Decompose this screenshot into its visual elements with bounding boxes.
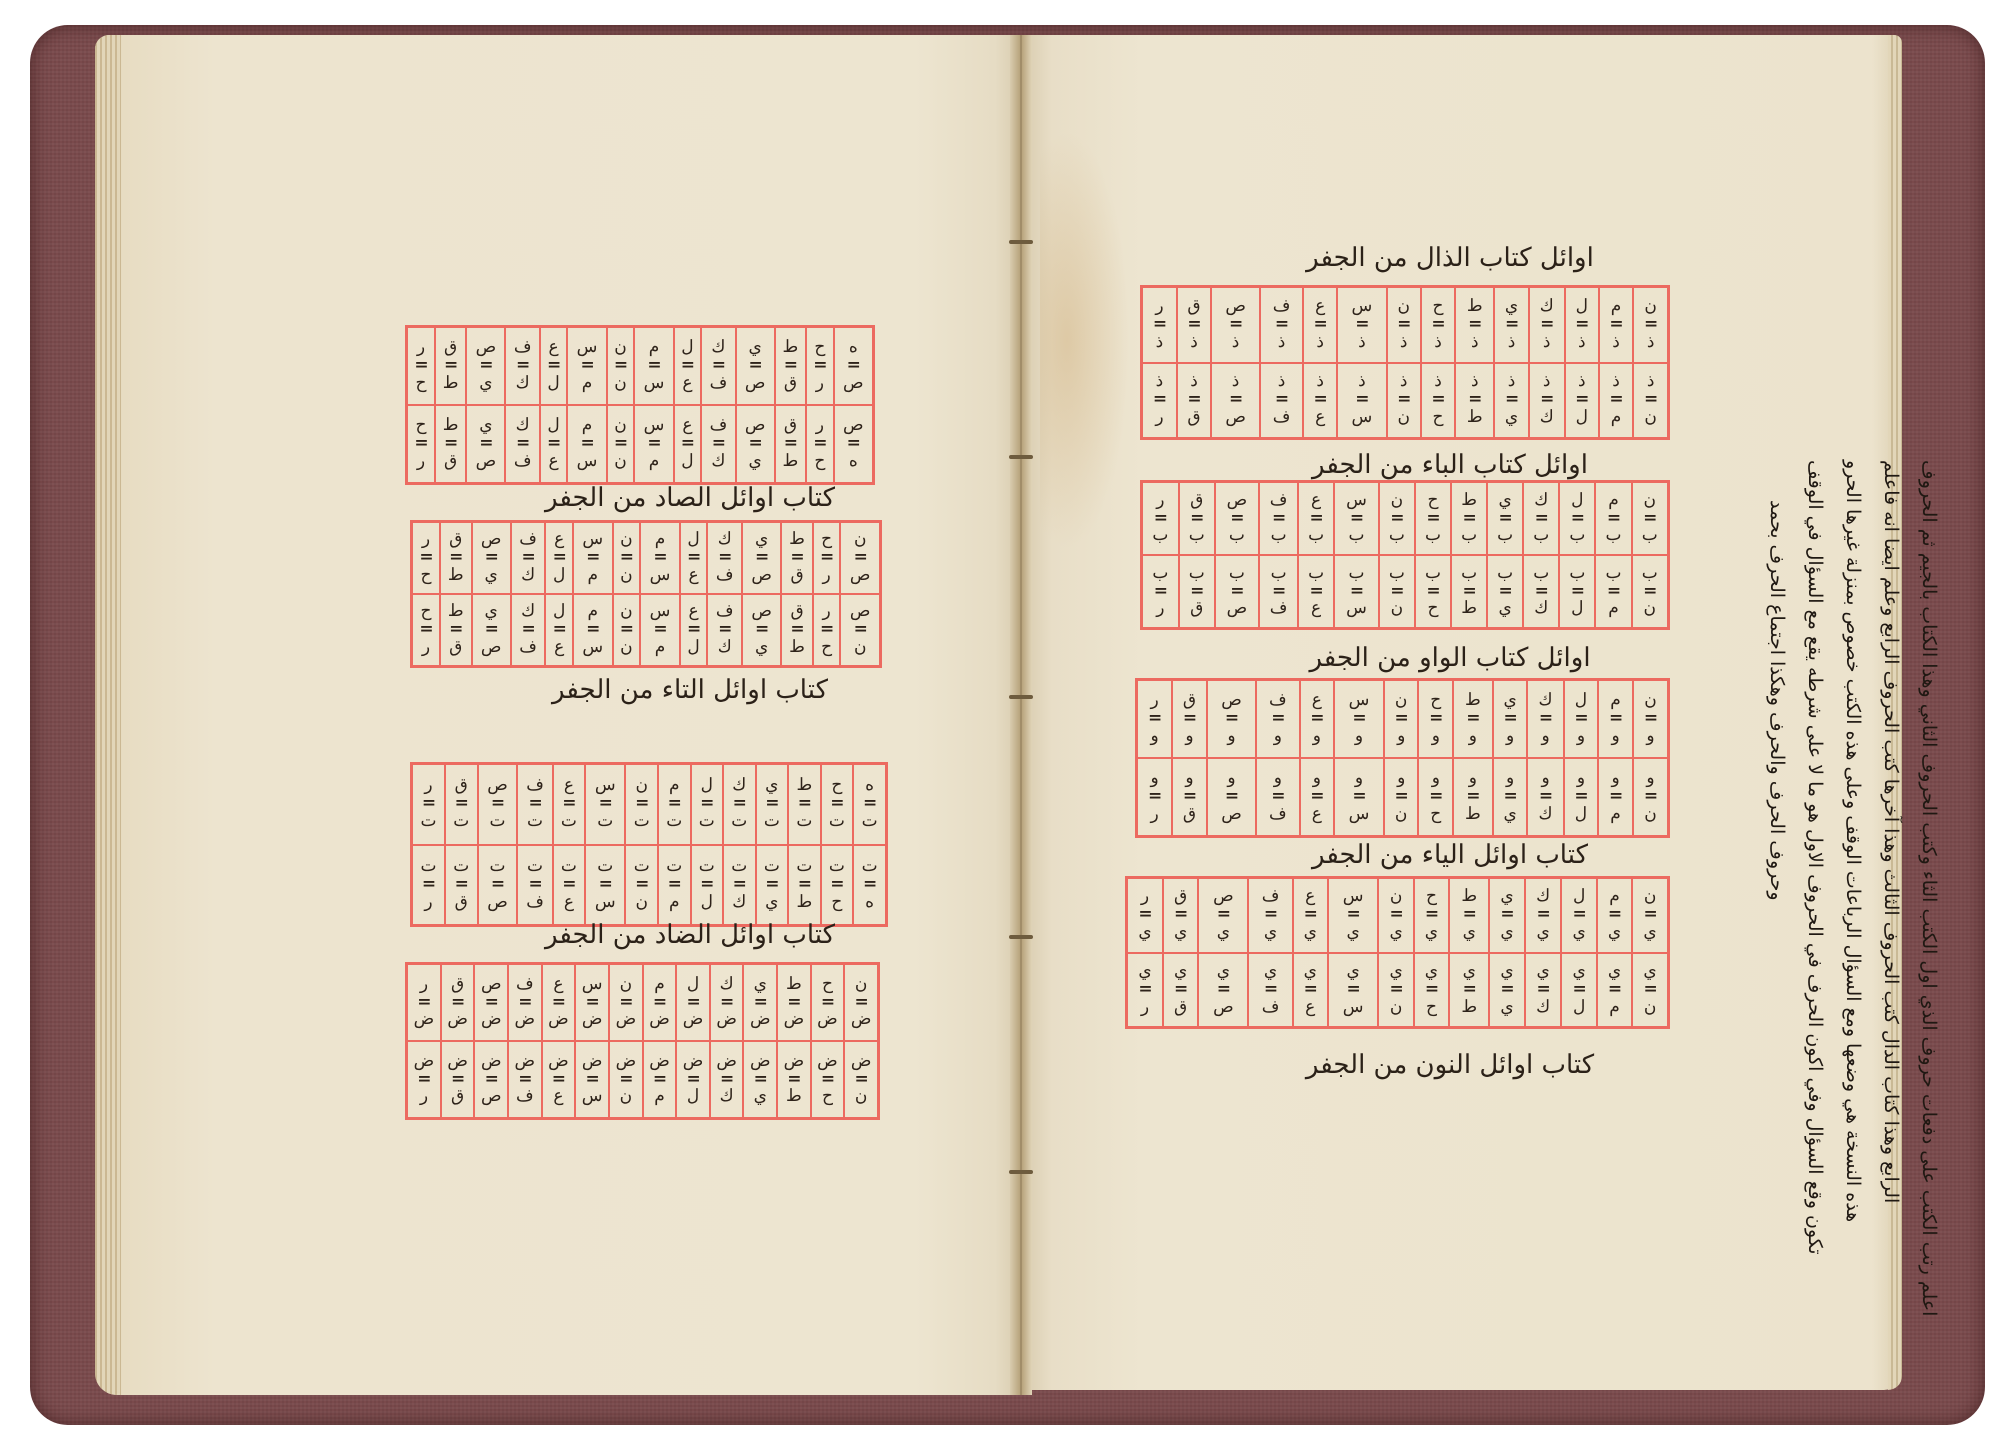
- grid-cell: ق=ب: [1179, 482, 1215, 556]
- grid-row: ذ=نذ=مذ=لذ=كذ=يذ=طذ=حذ=نذ=سذ=عذ=فذ=صذ=قذ…: [1142, 363, 1669, 439]
- grid-cell: ي=ط: [1449, 953, 1489, 1028]
- margin-note-line: تكون وقع السؤال وفي اكون الحرف في الحروف…: [1804, 460, 1826, 1255]
- grid-cell: س=ب: [1334, 482, 1379, 556]
- grid-cell: ب=ع: [1298, 555, 1334, 629]
- grid-cell: ن=ن: [607, 405, 634, 484]
- grid-row: ب=نب=مب=لب=كب=يب=طب=حب=نب=سب=عب=فب=صب=قب…: [1142, 555, 1669, 629]
- margin-note-line: وحروف الحرف والحرف وهكذا اجتماع الحرف بح…: [1766, 500, 1788, 901]
- grid-cell: ن=ي: [1378, 878, 1413, 953]
- grid-cell: ن=ت: [625, 764, 658, 845]
- grid-cell: ي=ع: [1293, 953, 1328, 1028]
- grid-cell: ف=ض: [508, 964, 542, 1042]
- grid-cell: ص=ب: [1215, 482, 1259, 556]
- grid-cell: ن=ذ: [1387, 287, 1421, 363]
- grid-cell: ي=ي: [1489, 953, 1524, 1028]
- grid-cell: ل=ع: [545, 594, 573, 667]
- binding-stitch: [1009, 695, 1033, 699]
- grid-cell: ع=ل: [674, 405, 701, 484]
- grid-cell: ذ=ق: [1177, 363, 1211, 439]
- grid-cell: ع=ل: [680, 594, 708, 667]
- grid-cell: ي=ل: [1561, 953, 1596, 1028]
- grid-cell: ض=ح: [811, 1041, 845, 1119]
- grid-cell: ف=ي: [1248, 878, 1292, 953]
- grid-cell: ط=و: [1453, 680, 1493, 759]
- grid-row: ن=صح=رط=قي=صك=فل=عم=سن=نس=مع=لف=كص=يق=طر…: [412, 522, 881, 595]
- jafr-grid: ن=ضح=ضط=ضي=ضك=ضل=ضم=ضن=ضس=ضع=ضف=ضص=ضق=ضر…: [405, 962, 880, 1120]
- grid-cell: ت=ر: [412, 845, 446, 926]
- grid-cell: ل=ب: [1559, 482, 1595, 556]
- jafr-grid: ه=صح=رط=قي=صك=فل=عم=سن=نس=مع=لف=كص=يق=طر…: [405, 325, 875, 485]
- grid-cell: ط=ي: [1449, 878, 1489, 953]
- grid-cell: ي=ض: [743, 964, 777, 1042]
- grid-cell: ب=ن: [1379, 555, 1415, 629]
- jafr-grid: ن=يم=يل=يك=يي=يط=يح=ين=يس=يع=يف=يص=يق=ير…: [1125, 876, 1670, 1029]
- grid-cell: ك=ف: [701, 327, 735, 406]
- grid-cell: ذ=ن: [1633, 363, 1668, 439]
- grid-cell: ض=ن: [844, 1041, 878, 1119]
- grid-cell: ي=ص: [742, 522, 781, 595]
- grid-cell: ت=م: [658, 845, 691, 926]
- grid-cell: م=ذ: [1599, 287, 1633, 363]
- grid-cell: ن=و: [1384, 680, 1419, 759]
- grid-cell: ص=ي: [1198, 878, 1248, 953]
- grid-cell: ل=ع: [540, 405, 567, 484]
- grid-cell: ن=ن: [607, 327, 634, 406]
- grid-cell: ن=ب: [1379, 482, 1415, 556]
- grid-cell: ي=ف: [1248, 953, 1292, 1028]
- grid-cell: ب=ف: [1259, 555, 1298, 629]
- grid-cell: ف=ب: [1259, 482, 1298, 556]
- grid-cell: ل=ع: [680, 522, 708, 595]
- grid-cell: ت=ص: [478, 845, 518, 926]
- grid-cell: س=م: [567, 327, 606, 406]
- grid-cell: ل=ت: [691, 764, 724, 845]
- table-heading: كتاب اوائل الصاد من الجفر: [490, 483, 890, 513]
- grid-cell: ض=س: [575, 1041, 609, 1119]
- grid-cell: ل=ذ: [1565, 287, 1599, 363]
- jafr-grid: ن=ذم=ذل=ذك=ذي=ذط=ذح=ذن=ذس=ذع=ذف=ذص=ذق=ذر…: [1140, 285, 1670, 440]
- grid-cell: ن=ض: [844, 964, 878, 1042]
- table-heading: اوائل كتاب الباء من الجفر: [1250, 450, 1650, 480]
- grid-cell: ك=ب: [1523, 482, 1559, 556]
- grid-cell: ب=س: [1334, 555, 1379, 629]
- grid-cell: و=ف: [1256, 758, 1299, 837]
- grid-cell: ر=ي: [1127, 878, 1163, 953]
- grid-cell: ح=ذ: [1421, 287, 1455, 363]
- grid-row: ص=هر=حق=طص=يف=كع=لس=من=نم=سل=عك=في=صط=قح…: [407, 405, 874, 484]
- grid-cell: ب=م: [1595, 555, 1631, 629]
- grid-cell: ت=ط: [788, 845, 821, 926]
- grid-cell: ض=ق: [441, 1041, 475, 1119]
- grid-cell: ن=ص: [840, 522, 880, 595]
- jafr-grid: ن=وم=ول=وك=وي=وط=وح=ون=وس=وع=وف=وص=وق=ور…: [1135, 678, 1670, 838]
- grid-cell: ب=ط: [1451, 555, 1487, 629]
- grid-cell: ي=ي: [1489, 878, 1524, 953]
- grid-cell: ح=و: [1418, 680, 1453, 759]
- binding-stitch: [1009, 240, 1033, 244]
- grid-row: ن=بم=بل=بك=بي=بط=بح=بن=بس=بع=بف=بص=بق=بر…: [1142, 482, 1669, 556]
- grid-cell: ض=ص: [474, 1041, 508, 1119]
- grid-cell: ف=و: [1256, 680, 1299, 759]
- grid-cell: ذ=م: [1599, 363, 1633, 439]
- grid-cell: ح=ر: [412, 594, 440, 667]
- jafr-grid: ن=صح=رط=قي=صك=فل=عم=سن=نس=مع=لف=كص=يق=طر…: [410, 520, 882, 668]
- grid-cell: ر=و: [1137, 680, 1173, 759]
- grid-cell: و=ح: [1418, 758, 1453, 837]
- grid-cell: ق=ت: [445, 764, 478, 845]
- grid-cell: و=س: [1334, 758, 1384, 837]
- grid-cell: ض=ي: [743, 1041, 777, 1119]
- grid-cell: س=ت: [585, 764, 625, 845]
- grid-cell: ع=ب: [1298, 482, 1334, 556]
- grid-cell: ح=ي: [1414, 878, 1449, 953]
- grid-cell: ت=ه: [853, 845, 886, 926]
- grid-cell: ض=ن: [609, 1041, 643, 1119]
- binding-stitch: [1009, 1170, 1033, 1174]
- grid-cell: ك=ي: [1525, 878, 1562, 953]
- grid-row: ي=ني=مي=لي=كي=يي=طي=حي=ني=سي=عي=في=صي=قي…: [1127, 953, 1669, 1028]
- grid-cell: ت=ي: [756, 845, 789, 926]
- grid-cell: ك=ف: [511, 594, 546, 667]
- grid-cell: ذ=ن: [1387, 363, 1421, 439]
- grid-cell: ق=ذ: [1177, 287, 1211, 363]
- grid-cell: ك=ذ: [1529, 287, 1565, 363]
- jafr-grid: ن=بم=بل=بك=بي=بط=بح=بن=بس=بع=بف=بص=بق=بر…: [1140, 480, 1670, 630]
- grid-cell: ه=ص: [834, 327, 874, 406]
- grid-cell: و=م: [1598, 758, 1633, 837]
- grid-cell: ر=ح: [813, 594, 841, 667]
- table-heading: كتاب اوائل التاء من الجفر: [490, 675, 890, 705]
- grid-cell: ض=ك: [710, 1041, 744, 1119]
- grid-cell: ب=ق: [1179, 555, 1215, 629]
- grid-cell: ط=ق: [775, 327, 806, 406]
- grid-cell: ي=م: [1597, 953, 1632, 1028]
- grid-cell: ع=ذ: [1303, 287, 1337, 363]
- grid-cell: ن=ن: [613, 594, 641, 667]
- grid-cell: ي=ت: [756, 764, 789, 845]
- grid-cell: ف=ك: [701, 405, 735, 484]
- grid-cell: ن=ض: [609, 964, 643, 1042]
- grid-cell: ب=ر: [1142, 555, 1179, 629]
- grid-cell: ت=ق: [445, 845, 478, 926]
- grid-cell: ي=ك: [1525, 953, 1562, 1028]
- grid-cell: م=س: [573, 594, 613, 667]
- table-heading: اوائل كتاب الذال من الجفر: [1250, 243, 1650, 273]
- grid-cell: ي=ذ: [1494, 287, 1528, 363]
- grid-row: ن=ضح=ضط=ضي=ضك=ضل=ضم=ضن=ضس=ضع=ضف=ضص=ضق=ضر…: [407, 964, 879, 1042]
- grid-row: و=نو=مو=لو=كو=يو=طو=حو=نو=سو=عو=فو=صو=قو…: [1137, 758, 1669, 837]
- grid-cell: س=ض: [575, 964, 609, 1042]
- grid-cell: ع=ض: [542, 964, 576, 1042]
- grid-cell: ب=ح: [1415, 555, 1451, 629]
- grid-cell: ط=ت: [788, 764, 821, 845]
- grid-cell: و=ل: [1564, 758, 1599, 837]
- grid-cell: ذ=س: [1337, 363, 1386, 439]
- grid-cell: ل=ع: [674, 327, 701, 406]
- grid-cell: ر=ت: [412, 764, 446, 845]
- grid-cell: ي=ب: [1487, 482, 1523, 556]
- grid-cell: ح=ر: [407, 405, 435, 484]
- grid-cell: م=ب: [1595, 482, 1631, 556]
- grid-cell: س=و: [1334, 680, 1384, 759]
- grid-cell: ر=ح: [412, 522, 440, 595]
- grid-cell: ي=ق: [1163, 953, 1198, 1028]
- grid-cell: ص=ه: [834, 405, 874, 484]
- grid-cell: ق=ي: [1163, 878, 1198, 953]
- grid-cell: ط=ب: [1451, 482, 1487, 556]
- grid-cell: و=ع: [1300, 758, 1335, 837]
- grid-cell: و=ي: [1493, 758, 1528, 837]
- grid-cell: م=س: [640, 522, 680, 595]
- grid-cell: ح=ض: [811, 964, 845, 1042]
- grid-cell: ع=ي: [1293, 878, 1328, 953]
- grid-cell: و=ن: [1384, 758, 1419, 837]
- grid-cell: ق=ط: [435, 327, 466, 406]
- grid-cell: ب=ل: [1559, 555, 1595, 629]
- grid-cell: ف=ت: [517, 764, 552, 845]
- grid-cell: ي=ن: [1378, 953, 1413, 1028]
- grid-cell: ع=ت: [553, 764, 586, 845]
- grid-cell: ت=ف: [517, 845, 552, 926]
- grid-cell: ن=ن: [613, 522, 641, 595]
- grid-cell: ط=ض: [777, 964, 811, 1042]
- grid-cell: ص=ض: [474, 964, 508, 1042]
- grid-cell: ص=ن: [840, 594, 880, 667]
- grid-cell: ه=ت: [853, 764, 886, 845]
- grid-cell: ض=ع: [542, 1041, 576, 1119]
- grid-cell: ح=ر: [813, 522, 841, 595]
- grid-cell: ض=ط: [777, 1041, 811, 1119]
- grid-cell: ذ=ف: [1260, 363, 1303, 439]
- grid-cell: ذ=ر: [1142, 363, 1177, 439]
- footer-heading: كتاب اوائل النون من الجفر: [1250, 1050, 1650, 1080]
- grid-cell: ذ=ك: [1529, 363, 1565, 439]
- grid-cell: ع=ل: [540, 327, 567, 406]
- grid-cell: ض=ل: [676, 1041, 710, 1119]
- grid-cell: ت=ع: [553, 845, 586, 926]
- grid-cell: ح=ت: [821, 764, 854, 845]
- grid-cell: ل=ض: [676, 964, 710, 1042]
- grid-cell: ي=ح: [1414, 953, 1449, 1028]
- grid-cell: ي=ص: [736, 327, 775, 406]
- grid-cell: ص=ي: [472, 522, 511, 595]
- grid-cell: س=م: [573, 522, 613, 595]
- grid-cell: ذ=ط: [1455, 363, 1494, 439]
- margin-note-line: الرابع وهذا كتاب الدال كتب الحروف الثالث…: [1880, 460, 1902, 1203]
- grid-cell: ح=ب: [1415, 482, 1451, 556]
- grid-cell: م=ت: [658, 764, 691, 845]
- grid-cell: ر=ب: [1142, 482, 1179, 556]
- grid-cell: ص=ي: [736, 405, 775, 484]
- grid-row: ه=صح=رط=قي=صك=فل=عم=سن=نس=مع=لف=كص=يق=طر…: [407, 327, 874, 406]
- grid-cell: و=ص: [1207, 758, 1256, 837]
- grid-cell: ذ=ص: [1211, 363, 1260, 439]
- grid-cell: ل=و: [1564, 680, 1599, 759]
- grid-cell: ط=ق: [781, 522, 813, 595]
- grid-cell: ر=ح: [806, 405, 833, 484]
- table-heading: كتاب اوائل الياء من الجفر: [1250, 840, 1650, 870]
- grid-cell: و=ط: [1453, 758, 1493, 837]
- grid-cell: ت=ك: [723, 845, 756, 926]
- grid-cell: ل=ي: [1561, 878, 1596, 953]
- grid-cell: ر=ذ: [1142, 287, 1177, 363]
- grid-cell: ع=و: [1300, 680, 1335, 759]
- grid-cell: ح=ر: [806, 327, 833, 406]
- grid-cell: ق=ض: [441, 964, 475, 1042]
- grid-cell: ق=ط: [775, 405, 806, 484]
- grid-cell: ص=ذ: [1211, 287, 1260, 363]
- grid-cell: ر=ح: [407, 327, 435, 406]
- grid-cell: ذ=ح: [1421, 363, 1455, 439]
- grid-cell: ذ=ل: [1565, 363, 1599, 439]
- grid-row: ن=يم=يل=يك=يي=يط=يح=ين=يس=يع=يف=يص=يق=ير…: [1127, 878, 1669, 953]
- grid-cell: س=ي: [1328, 878, 1379, 953]
- grid-cell: ك=ض: [710, 964, 744, 1042]
- grid-cell: ف=ك: [505, 327, 539, 406]
- grid-cell: ق=ط: [440, 522, 472, 595]
- grid-cell: م=س: [567, 405, 606, 484]
- margin-note: اعلم رتب الكتب على دفعات حروف الذي اول ا…: [1640, 460, 1970, 1150]
- grid-cell: ي=ص: [1198, 953, 1248, 1028]
- grid-cell: س=م: [634, 405, 673, 484]
- binding-stitch: [1009, 455, 1033, 459]
- grid-cell: ن=ذ: [1633, 287, 1668, 363]
- grid-cell: ص=و: [1207, 680, 1256, 759]
- grid-cell: ص=ت: [478, 764, 518, 845]
- grid-cell: ص=ي: [466, 327, 505, 406]
- grid-cell: ض=م: [643, 1041, 677, 1119]
- grid-cell: و=ر: [1137, 758, 1173, 837]
- page-edges-left: [95, 35, 121, 1395]
- grid-row: ه=تح=تط=تي=تك=تل=تم=تن=تس=تع=تف=تص=تق=تر…: [412, 764, 887, 845]
- grid-cell: ض=ر: [407, 1041, 441, 1119]
- grid-cell: ذ=ع: [1303, 363, 1337, 439]
- grid-cell: ط=ذ: [1455, 287, 1494, 363]
- grid-cell: ت=س: [585, 845, 625, 926]
- book-gutter: [1010, 35, 1032, 1395]
- grid-cell: ع=ل: [545, 522, 573, 595]
- grid-cell: م=و: [1598, 680, 1633, 759]
- grid-row: ن=ذم=ذل=ذك=ذي=ذط=ذح=ذن=ذس=ذع=ذف=ذص=ذق=ذر…: [1142, 287, 1669, 363]
- grid-cell: ك=ت: [723, 764, 756, 845]
- grid-row: ن=وم=ول=وك=وي=وط=وح=ون=وس=وع=وف=وص=وق=ور…: [1137, 680, 1669, 759]
- grid-cell: ر=ض: [407, 964, 441, 1042]
- grid-cell: ص=ي: [742, 594, 781, 667]
- grid-cell: م=ض: [643, 964, 677, 1042]
- water-stain: [1040, 130, 1130, 550]
- grid-row: ض=نض=حض=طض=يض=كض=لض=مض=نض=سض=عض=فض=صض=قض…: [407, 1041, 879, 1119]
- table-heading: اوائل كتاب الواو من الجفر: [1250, 643, 1650, 673]
- grid-cell: س=ذ: [1337, 287, 1386, 363]
- grid-cell: ك=ف: [707, 522, 742, 595]
- grid-cell: ي=ر: [1127, 953, 1163, 1028]
- grid-cell: ط=ق: [435, 405, 466, 484]
- grid-cell: ت=ح: [821, 845, 854, 926]
- grid-cell: ف=ك: [707, 594, 742, 667]
- margin-note-line: اعلم رتب الكتب على دفعات حروف الذي اول ا…: [1918, 460, 1940, 1316]
- grid-cell: ق=ط: [781, 594, 813, 667]
- grid-cell: ي=س: [1328, 953, 1379, 1028]
- grid-cell: ي=ص: [466, 405, 505, 484]
- jafr-grid: ه=تح=تط=تي=تك=تل=تم=تن=تس=تع=تف=تص=تق=تر…: [410, 762, 888, 927]
- grid-cell: م=ي: [1597, 878, 1632, 953]
- binding-stitch: [1009, 935, 1033, 939]
- grid-cell: ذ=ي: [1494, 363, 1528, 439]
- grid-cell: م=س: [634, 327, 673, 406]
- margin-note-line: هذه النسخة هي وضعها ومع السؤال الرباعات …: [1842, 460, 1864, 1222]
- grid-cell: ط=ق: [440, 594, 472, 667]
- grid-cell: ي=ص: [472, 594, 511, 667]
- grid-cell: ي=و: [1493, 680, 1528, 759]
- grid-cell: ق=و: [1172, 680, 1207, 759]
- grid-cell: ب=ي: [1487, 555, 1523, 629]
- grid-cell: و=ك: [1527, 758, 1563, 837]
- grid-cell: س=م: [640, 594, 680, 667]
- grid-cell: ض=ف: [508, 1041, 542, 1119]
- grid-row: ص=نر=حق=طص=يف=كع=لس=من=نم=سل=عك=في=صط=قح…: [412, 594, 881, 667]
- left-page: [95, 35, 1020, 1395]
- grid-row: ت=هت=حت=طت=يت=كت=لت=مت=نت=ست=عت=فت=صت=قت…: [412, 845, 887, 926]
- grid-cell: ك=و: [1527, 680, 1563, 759]
- grid-cell: ت=ن: [625, 845, 658, 926]
- grid-cell: ب=ك: [1523, 555, 1559, 629]
- grid-cell: ك=ف: [505, 405, 539, 484]
- grid-cell: ف=ذ: [1260, 287, 1303, 363]
- table-heading: كتاب اوائل الضاد من الجفر: [490, 920, 890, 950]
- grid-cell: ب=ص: [1215, 555, 1259, 629]
- grid-cell: و=ق: [1172, 758, 1207, 837]
- grid-cell: ف=ك: [511, 522, 546, 595]
- grid-cell: ت=ل: [691, 845, 724, 926]
